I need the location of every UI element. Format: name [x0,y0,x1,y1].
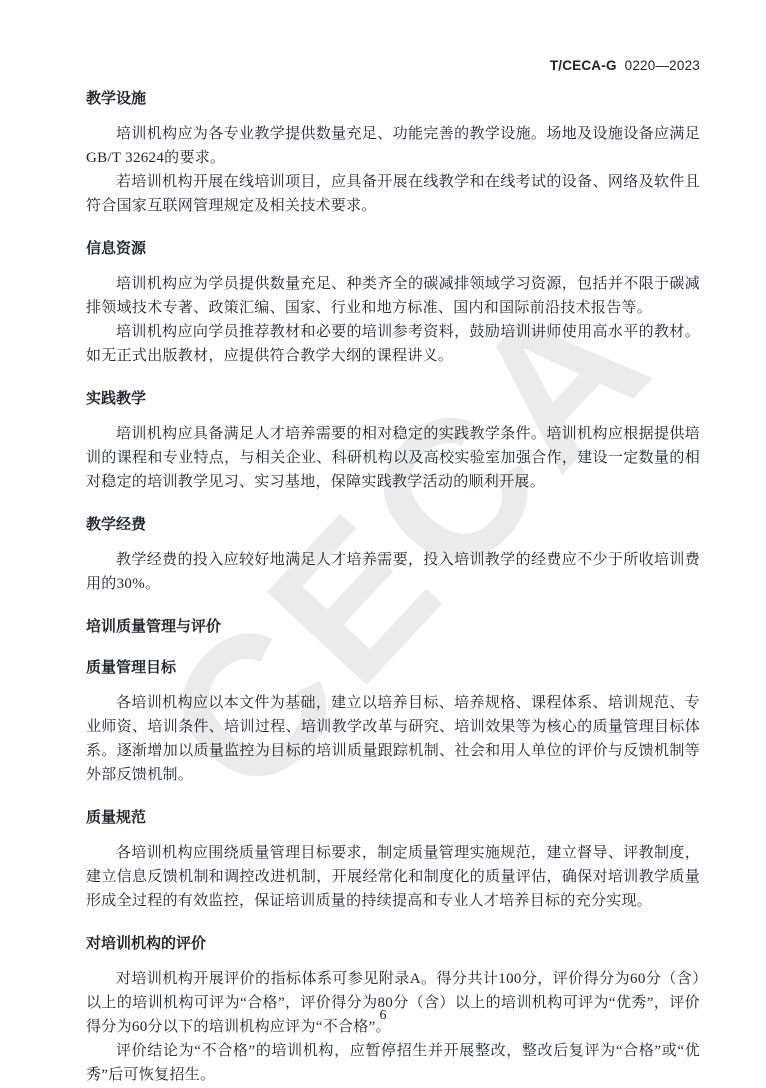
section-heading: 质量规范 [86,808,700,828]
paragraph: 对培训机构开展评价的指标体系可参见附录A。得分共计100分，评价得分为60分（含… [86,967,700,1039]
page-footer: 6 [0,1008,766,1024]
paragraph: 各培训机构应围绕质量管理目标要求，制定质量管理实施规范，建立督导、评教制度，建立… [86,841,700,913]
page-number: 6 [380,1008,387,1023]
section-heading: 培训质量管理与评价 [86,617,700,637]
paragraph: 培训机构应具备满足人才培养需要的相对稳定的实践教学条件。培训机构应根据提供培训的… [86,422,700,494]
section-heading: 教学经费 [86,515,700,535]
paragraph: 各培训机构应以本文件为基础，建立以培养目标、培养规格、课程体系、培训规范、专业师… [86,691,700,787]
paragraph: 培训机构应向学员推荐教材和必要的培训参考资料，鼓励培训讲师使用高水平的教材。如无… [86,320,700,368]
document-body: T/CECA-G 0220—2023 教学设施培训机构应为各专业教学提供数量充足… [86,58,700,1087]
paragraph: 教学经费的投入应较好地满足人才培养需要，投入培训教学的经费应不少于所收培训费用的… [86,548,700,596]
section-heading: 实践教学 [86,389,700,409]
document-header: T/CECA-G 0220—2023 [86,58,700,73]
sections-container: 教学设施培训机构应为各专业教学提供数量充足、功能完善的教学设施。场地及设施设备应… [86,89,700,1087]
section-heading: 对培训机构的评价 [86,934,700,954]
section-heading: 质量管理目标 [86,658,700,678]
paragraph: 评价结论为“不合格”的培训机构，应暂停招生并开展整改，整改后复评为“合格”或“优… [86,1039,700,1087]
doc-code-prefix: T/CECA-G [550,58,617,73]
paragraph: 若培训机构开展在线培训项目，应具备开展在线教学和在线考试的设备、网络及软件且符合… [86,170,700,218]
paragraph: 培训机构应为各专业教学提供数量充足、功能完善的教学设施。场地及设施设备应满足GB… [86,122,700,170]
doc-code-number: 0220—2023 [625,58,700,73]
document-page: CECA T/CECA-G 0220—2023 教学设施培训机构应为各专业教学提… [0,0,766,1088]
section-heading: 信息资源 [86,239,700,259]
section-heading: 教学设施 [86,89,700,109]
paragraph: 培训机构应为学员提供数量充足、种类齐全的碳减排领域学习资源，包括并不限于碳减排领… [86,272,700,320]
